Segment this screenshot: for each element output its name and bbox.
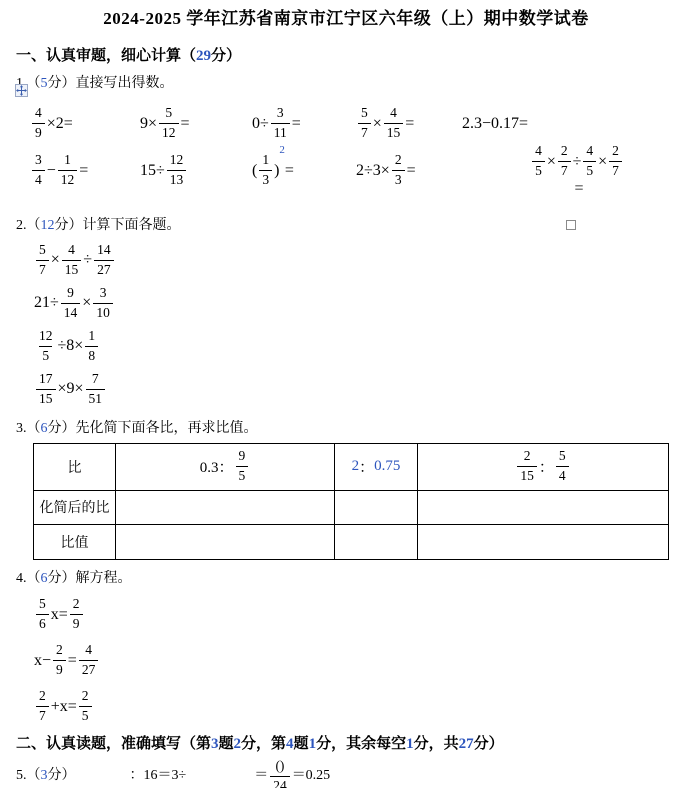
math-text: 2÷3× [356,161,390,180]
fraction: 415 [62,243,82,278]
page-title: 2024-2025 学年江苏省南京市江宁区六年级（上）期中数学试卷 [0,8,692,31]
math-text: 分）先化简下面各比，再求比值。 [48,421,258,436]
math-expression: 1715×9×751 [34,371,692,408]
math-expression: 2÷3×23= [356,144,462,197]
math-text: = [407,161,416,180]
math-expression: 125÷8×18 [34,328,692,365]
math-equation: 56x=29 [34,595,692,635]
math-text: 1 [309,736,317,752]
math-text: 21÷ [34,294,59,312]
answer-cell-empty [335,524,418,559]
math-text: 3 [211,736,219,752]
math-text: 分，共 [414,736,459,752]
problem-1-grid: 49×2= 9×512= 0÷311= 57×415= 2.3−0.17= 34… [30,102,692,197]
fraction: ()24 [270,759,290,788]
math-text: ： [359,456,374,477]
math-expression: 21÷914×310 [34,285,692,322]
math-text: 3 [41,767,48,785]
math-text: = [181,114,190,133]
math-text: 2 [234,736,242,752]
math-text: = [68,652,77,670]
fraction: 311 [271,106,290,141]
row-label-simplified-ratio: 化简后的比 [34,490,116,524]
math-text: × [82,294,91,312]
math-text: 分，其余每空 [316,736,406,752]
fraction: 125 [36,329,56,364]
fraction: 18 [85,329,98,364]
answer-cell-empty [418,490,669,524]
math-text: 6 [41,571,48,586]
math-text: 题 [219,736,234,752]
math-expression: 0÷311= [252,102,356,144]
math-text: × [373,114,382,133]
fraction: 914 [61,286,81,321]
table-row: 比值 [34,524,669,559]
math-text: 12 [41,218,55,233]
move-arrows-glyph [15,84,28,97]
math-text: ÷ [83,251,92,269]
fraction: 95 [236,449,249,484]
table-row: 化简后的比 [34,490,669,524]
math-text: 15÷ [140,161,165,180]
math-text: × [51,251,60,269]
math-text: 分）计算下面各题。 [55,218,181,233]
math-text: ： [539,456,554,477]
fraction: 1715 [36,372,56,407]
exponent: 2 [279,145,285,156]
fraction: 112 [58,153,78,188]
math-text: ＝0.25 [292,767,331,785]
math-text: 分，第 [241,736,286,752]
math-text: 5.（ [16,767,41,785]
fraction: 751 [86,372,106,407]
math-text: − [47,161,56,180]
math-text: 27 [459,736,474,752]
answer-cell-empty [116,490,335,524]
math-text: ×9× [58,380,84,398]
math-text: 分） [211,48,241,64]
math-text: ＝ [254,767,268,785]
section-2-heading: 二、认真读题，准确填写（第3题2分，第4题1分，其余每空1分，共27分） [16,735,692,755]
math-text: = [79,161,88,180]
move-handle-icon[interactable] [15,84,28,97]
fraction: 23 [392,153,405,188]
math-equation: x−29=427 [34,641,692,681]
math-text: 分） [48,767,76,785]
math-text: 分）直接写出得数。 [48,76,174,91]
math-text: +x= [51,698,77,716]
fraction: 27 [36,689,49,724]
problem-2-heading: 2.（12分）计算下面各题。 [16,217,692,236]
math-text: 5 [41,76,48,91]
fraction: 56 [36,597,49,632]
math-text: x= [51,606,68,624]
math-text: ÷ [573,152,582,171]
fraction: 215 [517,449,537,484]
fraction: 13 [259,153,272,188]
math-equation: 27+x=25 [34,687,692,727]
problem-1-heading: 1.（5分）直接写出得数。 [16,75,692,94]
math-text: 分） [474,736,504,752]
math-text: ÷8× [58,337,84,355]
math-text: 3.（ [16,421,41,436]
ratio-table: 比 0.3：95 2：0.75 215：54 化简后的比 比值 [33,443,669,560]
math-text: = [405,114,414,133]
fraction: 27 [558,144,571,179]
math-text: × [547,152,556,171]
math-text: 2 [352,458,360,475]
fraction: 54 [556,449,569,484]
fraction: 34 [32,153,45,188]
fraction: 29 [53,643,66,678]
math-text: ) [274,161,279,180]
fraction: 27 [609,144,622,179]
math-text: 二、认真读题，准确填写（第 [16,736,211,752]
ratio-cell: 2：0.75 [335,443,418,490]
fraction: 427 [79,643,99,678]
math-text: 6 [41,421,48,436]
math-text: 9× [140,114,157,133]
empty-square-placeholder [566,220,576,230]
math-text: 4.（ [16,571,41,586]
math-text: = [292,114,301,133]
fraction: 45 [532,144,545,179]
math-text: 0.3： [200,456,234,477]
math-text: 2.3−0.17= [462,114,528,133]
fraction: 49 [32,106,45,141]
math-text: 分）解方程。 [48,571,132,586]
answer-cell-empty [418,524,669,559]
fraction: 57 [358,106,371,141]
math-text: 0.75 [374,458,400,475]
answer-blank [188,776,252,788]
math-expression: 34−112= [30,144,140,197]
exam-paper-page: 2024-2025 学年江苏省南京市江宁区六年级（上）期中数学试卷 一、认真审题… [0,0,692,788]
math-text: 一、认真审题，细心计算（ [16,48,196,64]
math-text: 题 [294,736,309,752]
math-expression: 57×415÷1427 [34,242,692,279]
math-expression: 0.3：95 [200,449,251,484]
problem-5-line: 5.（3分）：16＝3÷＝()24＝0.25 [16,759,692,788]
fraction: 1427 [94,243,114,278]
math-expression: 49×2= [30,102,140,144]
answer-cell-empty [116,524,335,559]
math-expression: 2.3−0.17= [462,102,692,144]
math-expression: 215：54 [515,449,570,484]
problem-4-heading: 4.（6分）解方程。 [16,570,692,589]
math-text: x− [34,652,51,670]
fraction: 45 [583,144,596,179]
math-text: = [285,161,294,180]
ratio-cell: 0.3：95 [116,443,335,490]
fraction: 512 [159,106,179,141]
math-expression: 15÷1213 [140,144,252,197]
math-text: 29 [196,48,211,64]
ratio-cell: 215：54 [418,443,669,490]
math-text: 0÷ [252,114,269,133]
math-expression: 45×27÷45×27 [530,144,624,179]
math-text: ( [252,161,257,180]
math-text: ×2= [47,114,73,133]
problem-3-heading: 3.（6分）先化简下面各比，再求比值。 [16,420,692,439]
math-text: × [598,152,607,171]
math-expression: 57×415= [356,102,462,144]
fraction: 1213 [167,153,187,188]
fraction: 29 [70,597,83,632]
fraction: 57 [36,243,49,278]
table-row: 比 0.3：95 2：0.75 215：54 [34,443,669,490]
math-expression: (13)2= [252,144,356,197]
row-label-ratio: 比 [34,443,116,490]
fraction: 25 [79,689,92,724]
math-expression: 9×512= [140,102,252,144]
answer-blank [78,776,128,788]
math-expression: 2：0.75 [352,456,401,477]
row-label-ratio-value: 比值 [34,524,116,559]
math-text: 2.（ [16,218,41,233]
math-text: ：16＝3÷ [130,767,187,785]
math-text: 4 [286,736,294,752]
fraction: 310 [93,286,113,321]
section-1-heading: 一、认真审题，细心计算（29分） [16,47,692,67]
answer-cell-empty [335,490,418,524]
math-expression-multiline: 45×27÷45×27 = [462,144,692,197]
continued-equals-sign: = [574,181,583,197]
math-text: 1 [406,736,414,752]
fraction: 415 [384,106,404,141]
